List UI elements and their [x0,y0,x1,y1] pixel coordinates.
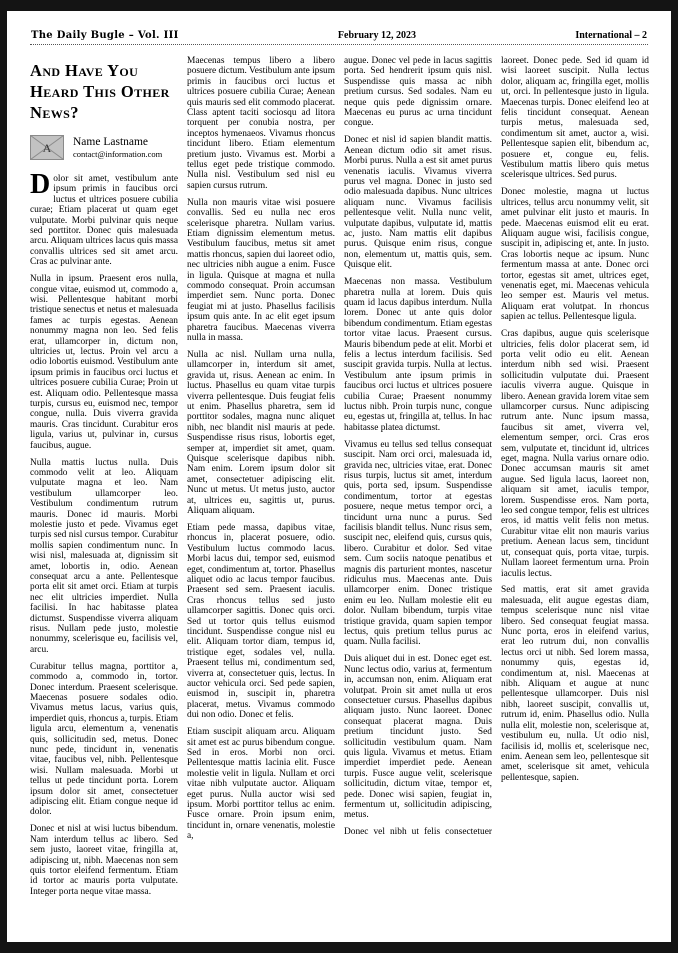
body-paragraph: Maecenas tempus libero a libero posuere … [187,56,335,191]
body-paragraph: Nulla mattis luctus nulla. Duis commodo … [30,458,178,656]
body-paragraph: Vivamus eu tellus sed tellus consequat s… [344,440,492,648]
avatar-placeholder-icon: A [30,135,64,160]
column-4: laoreet. Donec pede. Sed id quam id wisi… [501,56,649,916]
body-paragraph: Nulla in ipsum. Praesent eros nulla, con… [30,274,178,451]
body-paragraph: Donec vel nibh ut felis consectetuer [344,827,492,837]
column-2: Maecenas tempus libero a libero posuere … [187,56,335,916]
body-paragraph: Donec et nisl at wisi luctus bibendum. N… [30,824,178,897]
body-paragraph: Maecenas non massa. Vestibulum pharetra … [344,277,492,433]
running-header: The Daily Bugle – Vol. III February 12, … [30,30,648,45]
header-date: February 12, 2023 [338,30,416,41]
newspaper-page: The Daily Bugle – Vol. III February 12, … [0,0,678,953]
column-3: augue. Donec vel pede in lacus sagittis … [344,56,492,916]
column-1: And Have You Heard This Other News? A Na… [30,56,178,916]
body-paragraph: Etiam pede massa, dapibus vitae, rhoncus… [187,523,335,721]
article-columns: And Have You Heard This Other News? A Na… [30,56,648,916]
author-byline: A Name Lastname contact@information.com [30,135,178,160]
header-section-page: International – 2 [575,30,647,41]
body-paragraph: Donec et nisl id sapien blandit mattis. … [344,135,492,270]
drop-cap: D [30,174,53,195]
author-contact: contact@information.com [73,149,162,160]
body-paragraph: Nulla non mauris vitae wisi posuere conv… [187,198,335,344]
body-paragraph: Sed mattis, erat sit amet gravida malesu… [501,585,649,783]
body-paragraph: Dolor sit amet, vestibulum ante ipsum pr… [30,174,178,268]
body-paragraph: Etiam suscipit aliquam arcu. Aliquam sit… [187,727,335,841]
author-name: Name Lastname [73,136,162,149]
author-info: Name Lastname contact@information.com [73,136,162,160]
article-headline: And Have You Heard This Other News? [30,60,178,123]
body-paragraph: Duis aliquet dui in est. Donec eget est.… [344,654,492,821]
body-paragraph: Donec molestie, magna ut luctus ultrices… [501,187,649,322]
body-paragraph: Curabitur tellus magna, porttitor a, com… [30,662,178,818]
body-paragraph: Cras dapibus, augue quis scelerisque ult… [501,329,649,579]
newspaper-title: The Daily Bugle – Vol. III [31,30,179,41]
body-paragraph: Nulla ac nisl. Nullam urna nulla, ullamc… [187,350,335,517]
body-paragraph: augue. Donec vel pede in lacus sagittis … [344,56,492,129]
body-paragraph: laoreet. Donec pede. Sed id quam id wisi… [501,56,649,181]
avatar-letter: A [43,141,52,155]
